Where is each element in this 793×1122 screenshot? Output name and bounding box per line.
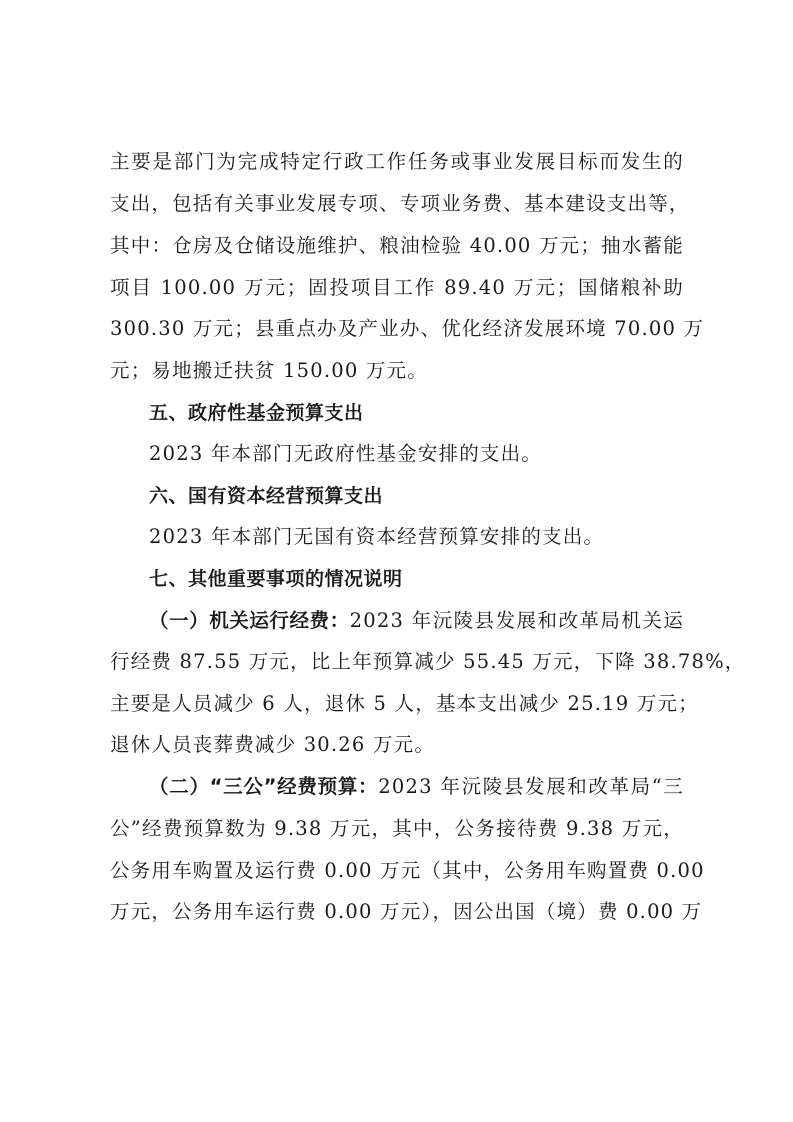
item1-first-line-text: 2023 年沅陵县发展和改革局机关运: [350, 609, 684, 632]
body-text-line: 元；易地搬迁扶贫 150.00 万元。: [110, 350, 684, 392]
body-text-line: 行经费 87.55 万元，比上年预算减少 55.45 万元，下降 38.78%，: [110, 641, 684, 683]
body-text-line: 2023 年本部门无国有资本经营预算安排的支出。: [110, 516, 684, 558]
body-text-line: 退休人员丧葬费减少 30.26 万元。: [110, 724, 684, 766]
body-text-line: 300.30 万元；县重点办及产业办、优化经济发展环境 70.00 万: [110, 308, 684, 350]
body-text-line: 万元，公务用车运行费 0.00 万元），因公出国（境）费 0.00 万: [110, 891, 684, 933]
item1-lead: （一）机关运行经费：: [149, 609, 350, 632]
body-text-line: 主要是人员减少 6 人，退休 5 人，基本支出减少 25.19 万元；: [110, 683, 684, 725]
body-text-line: 公务用车购置及运行费 0.00 万元（其中，公务用车购置费 0.00: [110, 850, 684, 892]
item2-lead: （二）“三公”经费预算：: [149, 775, 378, 798]
item2-first-line: （二）“三公”经费预算：2023 年沅陵县发展和改革局“三: [110, 766, 684, 808]
section-heading-government-fund: 五、政府性基金预算支出: [110, 392, 684, 434]
item2-first-line-text: 2023 年沅陵县发展和改革局“三: [378, 775, 684, 798]
body-text-line: 公”经费预算数为 9.38 万元，其中，公务接待费 9.38 万元，: [110, 808, 684, 850]
section-heading-other-matters: 七、其他重要事项的情况说明: [110, 558, 684, 600]
body-text-line: 其中：仓房及仓储设施维护、粮油检验 40.00 万元；抽水蓄能: [110, 225, 684, 267]
body-text-line: 项目 100.00 万元；固投项目工作 89.40 万元；国储粮补助: [110, 267, 684, 309]
body-text-line: 支出，包括有关事业发展专项、专项业务费、基本建设支出等，: [110, 183, 684, 225]
body-text-line: 主要是部门为完成特定行政工作任务或事业发展目标而发生的: [110, 141, 684, 183]
body-text-line: 2023 年本部门无政府性基金安排的支出。: [110, 433, 684, 475]
section-heading-state-capital: 六、国有资本经营预算支出: [110, 475, 684, 517]
item1-first-line: （一）机关运行经费：2023 年沅陵县发展和改革局机关运: [110, 600, 684, 642]
